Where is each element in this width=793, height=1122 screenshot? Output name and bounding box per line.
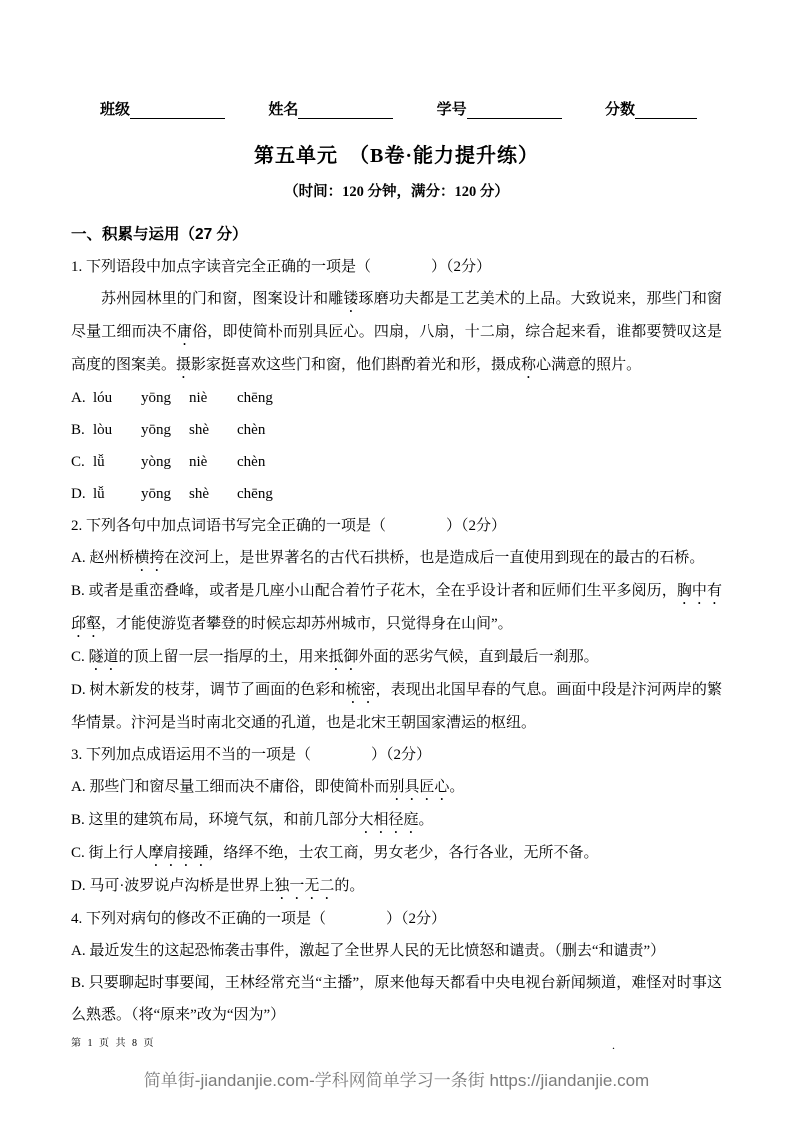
section-1-heading: 一、积累与运用（27 分） (71, 219, 722, 251)
text-run: 心满意的照片。 (536, 357, 641, 373)
text-run: A. 赵州桥 (71, 550, 134, 566)
q2-option-a: A. 赵州桥横挎在洨河上，是世界著名的古代石拱桥，也是造成后一直使用到现在的最古… (71, 542, 722, 575)
q1-option-d: D. lǚ yōng shè chēng (71, 478, 722, 510)
q1-passage: 苏州园林里的门和窗，图案设计和雕镂琢磨功夫都是工艺美术的上品。大致说来，那些门和… (71, 283, 722, 382)
emphasized-text-run: 镂 (343, 291, 358, 307)
paper-title: 第五单元 （B卷·能力提升练） (0, 139, 793, 168)
q3-option-c: C. 街上行人摩肩接踵，络绎不绝，士农工商，男女老少，各行各业，无所不备。 (71, 837, 722, 870)
q1-option-a-label: A. (71, 382, 93, 414)
text-run: D. 马可·波罗说卢沟桥是世界上 (71, 878, 274, 894)
student-id-field: 学号 (437, 98, 562, 119)
q1-option-d-pinyin-2: yōng (141, 478, 189, 510)
q1-option-a: A. lóu yōng niè chēng (71, 382, 722, 414)
q1-option-a-pinyin-1: lóu (93, 382, 141, 414)
q1-option-a-pinyin-4: chēng (237, 382, 285, 414)
q1-option-c-pinyin-2: yòng (141, 446, 189, 478)
text-run: B. 这里的建筑布局，环境气氛，和前几部分 (71, 812, 359, 828)
text-run: 。 (419, 812, 434, 828)
q1-option-d-pinyin-4: chēng (237, 478, 285, 510)
name-label: 姓名 (268, 98, 298, 119)
text-run: 。 (449, 779, 464, 795)
text-run: A. 那些门和窗尽量工细而决不庸俗，即使简朴而 (71, 779, 389, 795)
q3-option-d: D. 马可·波罗说卢沟桥是世界上独一无二的。 (71, 870, 722, 903)
name-blank-line (298, 103, 393, 119)
student-id-label: 学号 (437, 98, 467, 119)
q4-option-a: A. 最近发生的这起恐怖袭击事件，激起了全世界人民的无比愤怒和谴责。（删去“和谴… (71, 935, 722, 967)
emphasized-text-run: 抵御 (329, 649, 359, 665)
q3-option-a: A. 那些门和窗尽量工细而决不庸俗，即使简朴而别具匠心。 (71, 771, 722, 804)
q1-option-a-pinyin-3: niè (189, 382, 237, 414)
stray-period: . (612, 1038, 615, 1053)
student-info-row: 班级 姓名 学号 分数 (100, 98, 697, 119)
emphasized-text-run: 摩肩接踵 (149, 845, 209, 861)
page-number: 第 1 页 共 8 页 (71, 1034, 156, 1049)
q2-option-c: C. 隧道的顶上留一层一指厚的土，用来抵御外面的恶劣气候，直到最后一刹那。 (71, 641, 722, 674)
text-run: C. (71, 649, 89, 665)
emphasized-text-run: 庸 (177, 324, 192, 340)
score-blank-line (635, 103, 697, 119)
q1-option-b: B. lòu yōng shè chèn (71, 414, 722, 446)
q2-option-b: B. 或者是重峦叠峰，或者是几座小山配合着竹子花木，全在乎设计者和匠师们生平多阅… (71, 575, 722, 641)
emphasized-text-run: 称 (521, 357, 536, 373)
q3-option-b: B. 这里的建筑布局，环境气氛，和前几部分大相径庭。 (71, 804, 722, 837)
q1-option-c-pinyin-1: lǚ (93, 446, 141, 478)
exam-paper-page: 班级 姓名 学号 分数 第五单元 （B卷·能力提升练） （时间：120 分钟，满… (0, 0, 793, 1122)
q2-stem: 2. 下列各句中加点词语书写完全正确的一项是（ ）（2分） (71, 510, 722, 542)
text-run: ，才能使游览者攀登的时候忘却苏州城市，只觉得身在山间”。 (101, 616, 513, 632)
emphasized-text-run: 横挎 (134, 550, 164, 566)
text-run: 在洨河上，是世界著名的古代石拱桥，也是造成后一直使用到现在的最古的石桥。 (164, 550, 704, 566)
q1-option-c-label: C. (71, 446, 93, 478)
q1-option-d-pinyin-3: shè (189, 478, 237, 510)
q1-stem: 1. 下列语段中加点字读音完全正确的一项是（ ）（2分） (71, 251, 722, 283)
q2-option-d: D. 树木新发的枝芽，调节了画面的色彩和梳密，表现出北国早春的气息。画面中段是汴… (71, 674, 722, 739)
text-run: ，络绎不绝，士农工商，男女老少，各行各业，无所不备。 (209, 845, 599, 861)
text-run: B. 或者是重峦叠峰，或者是几座小山配合着竹子花木，全在乎设计者和匠师们生平多阅… (71, 583, 677, 599)
student-id-blank-line (467, 103, 562, 119)
paper-subtitle: （时间：120 分钟，满分：120 分） (0, 180, 793, 201)
emphasized-text-run: 大相径庭 (359, 812, 419, 828)
class-blank-line (130, 103, 225, 119)
emphasized-text-run: 梳密 (345, 682, 375, 698)
q1-option-c-pinyin-3: niè (189, 446, 237, 478)
q1-option-d-label: D. (71, 478, 93, 510)
text-run: 影家挺喜欢这些门和窗，他们斟酌着光和形，摄成 (191, 357, 521, 373)
q1-option-d-pinyin-1: lǚ (93, 478, 141, 510)
emphasized-text-run: 别具匠心 (389, 779, 449, 795)
q1-option-c-pinyin-4: chèn (237, 446, 285, 478)
paper-body: 一、积累与运用（27 分） 1. 下列语段中加点字读音完全正确的一项是（ ）（2… (71, 219, 722, 1031)
name-field: 姓名 (268, 98, 393, 119)
class-label: 班级 (100, 98, 130, 119)
text-run: 外面的恶劣气候，直到最后一刹那。 (359, 649, 599, 665)
emphasized-text-run: 摄 (176, 357, 191, 373)
text-run: 的顶上留一层一指厚的土，用来 (119, 649, 329, 665)
class-field: 班级 (100, 98, 225, 119)
text-run: C. 街上行人 (71, 845, 149, 861)
q1-option-b-pinyin-4: chèn (237, 414, 285, 446)
q1-option-a-pinyin-2: yōng (141, 382, 189, 414)
score-field: 分数 (605, 98, 697, 119)
q1-option-b-pinyin-1: lòu (93, 414, 141, 446)
text-run: 苏州园林里的门和窗，图案设计和雕 (101, 291, 343, 307)
emphasized-text-run: 隧道 (89, 649, 119, 665)
q1-option-b-pinyin-2: yōng (141, 414, 189, 446)
q1-option-c: C. lǚ yòng niè chèn (71, 446, 722, 478)
score-label: 分数 (605, 98, 635, 119)
q4-stem: 4. 下列对病句的修改不正确的一项是（ ）（2分） (71, 903, 722, 935)
text-run: 的。 (334, 878, 364, 894)
watermark-text: 简单街-jiandanjie.com-学科网简单学习一条街 https://ji… (0, 1066, 793, 1091)
text-run: D. 树木新发的枝芽，调节了画面的色彩和 (71, 682, 345, 698)
q1-option-b-label: B. (71, 414, 93, 446)
q3-stem: 3. 下列加点成语运用不当的一项是（ ）（2分） (71, 739, 722, 771)
q1-option-b-pinyin-3: shè (189, 414, 237, 446)
q4-option-b: B. 只要聊起时事要闻，王林经常充当“主播”，原来他每天都看中央电视台新闻频道，… (71, 967, 722, 1031)
emphasized-text-run: 独一无二 (274, 878, 334, 894)
